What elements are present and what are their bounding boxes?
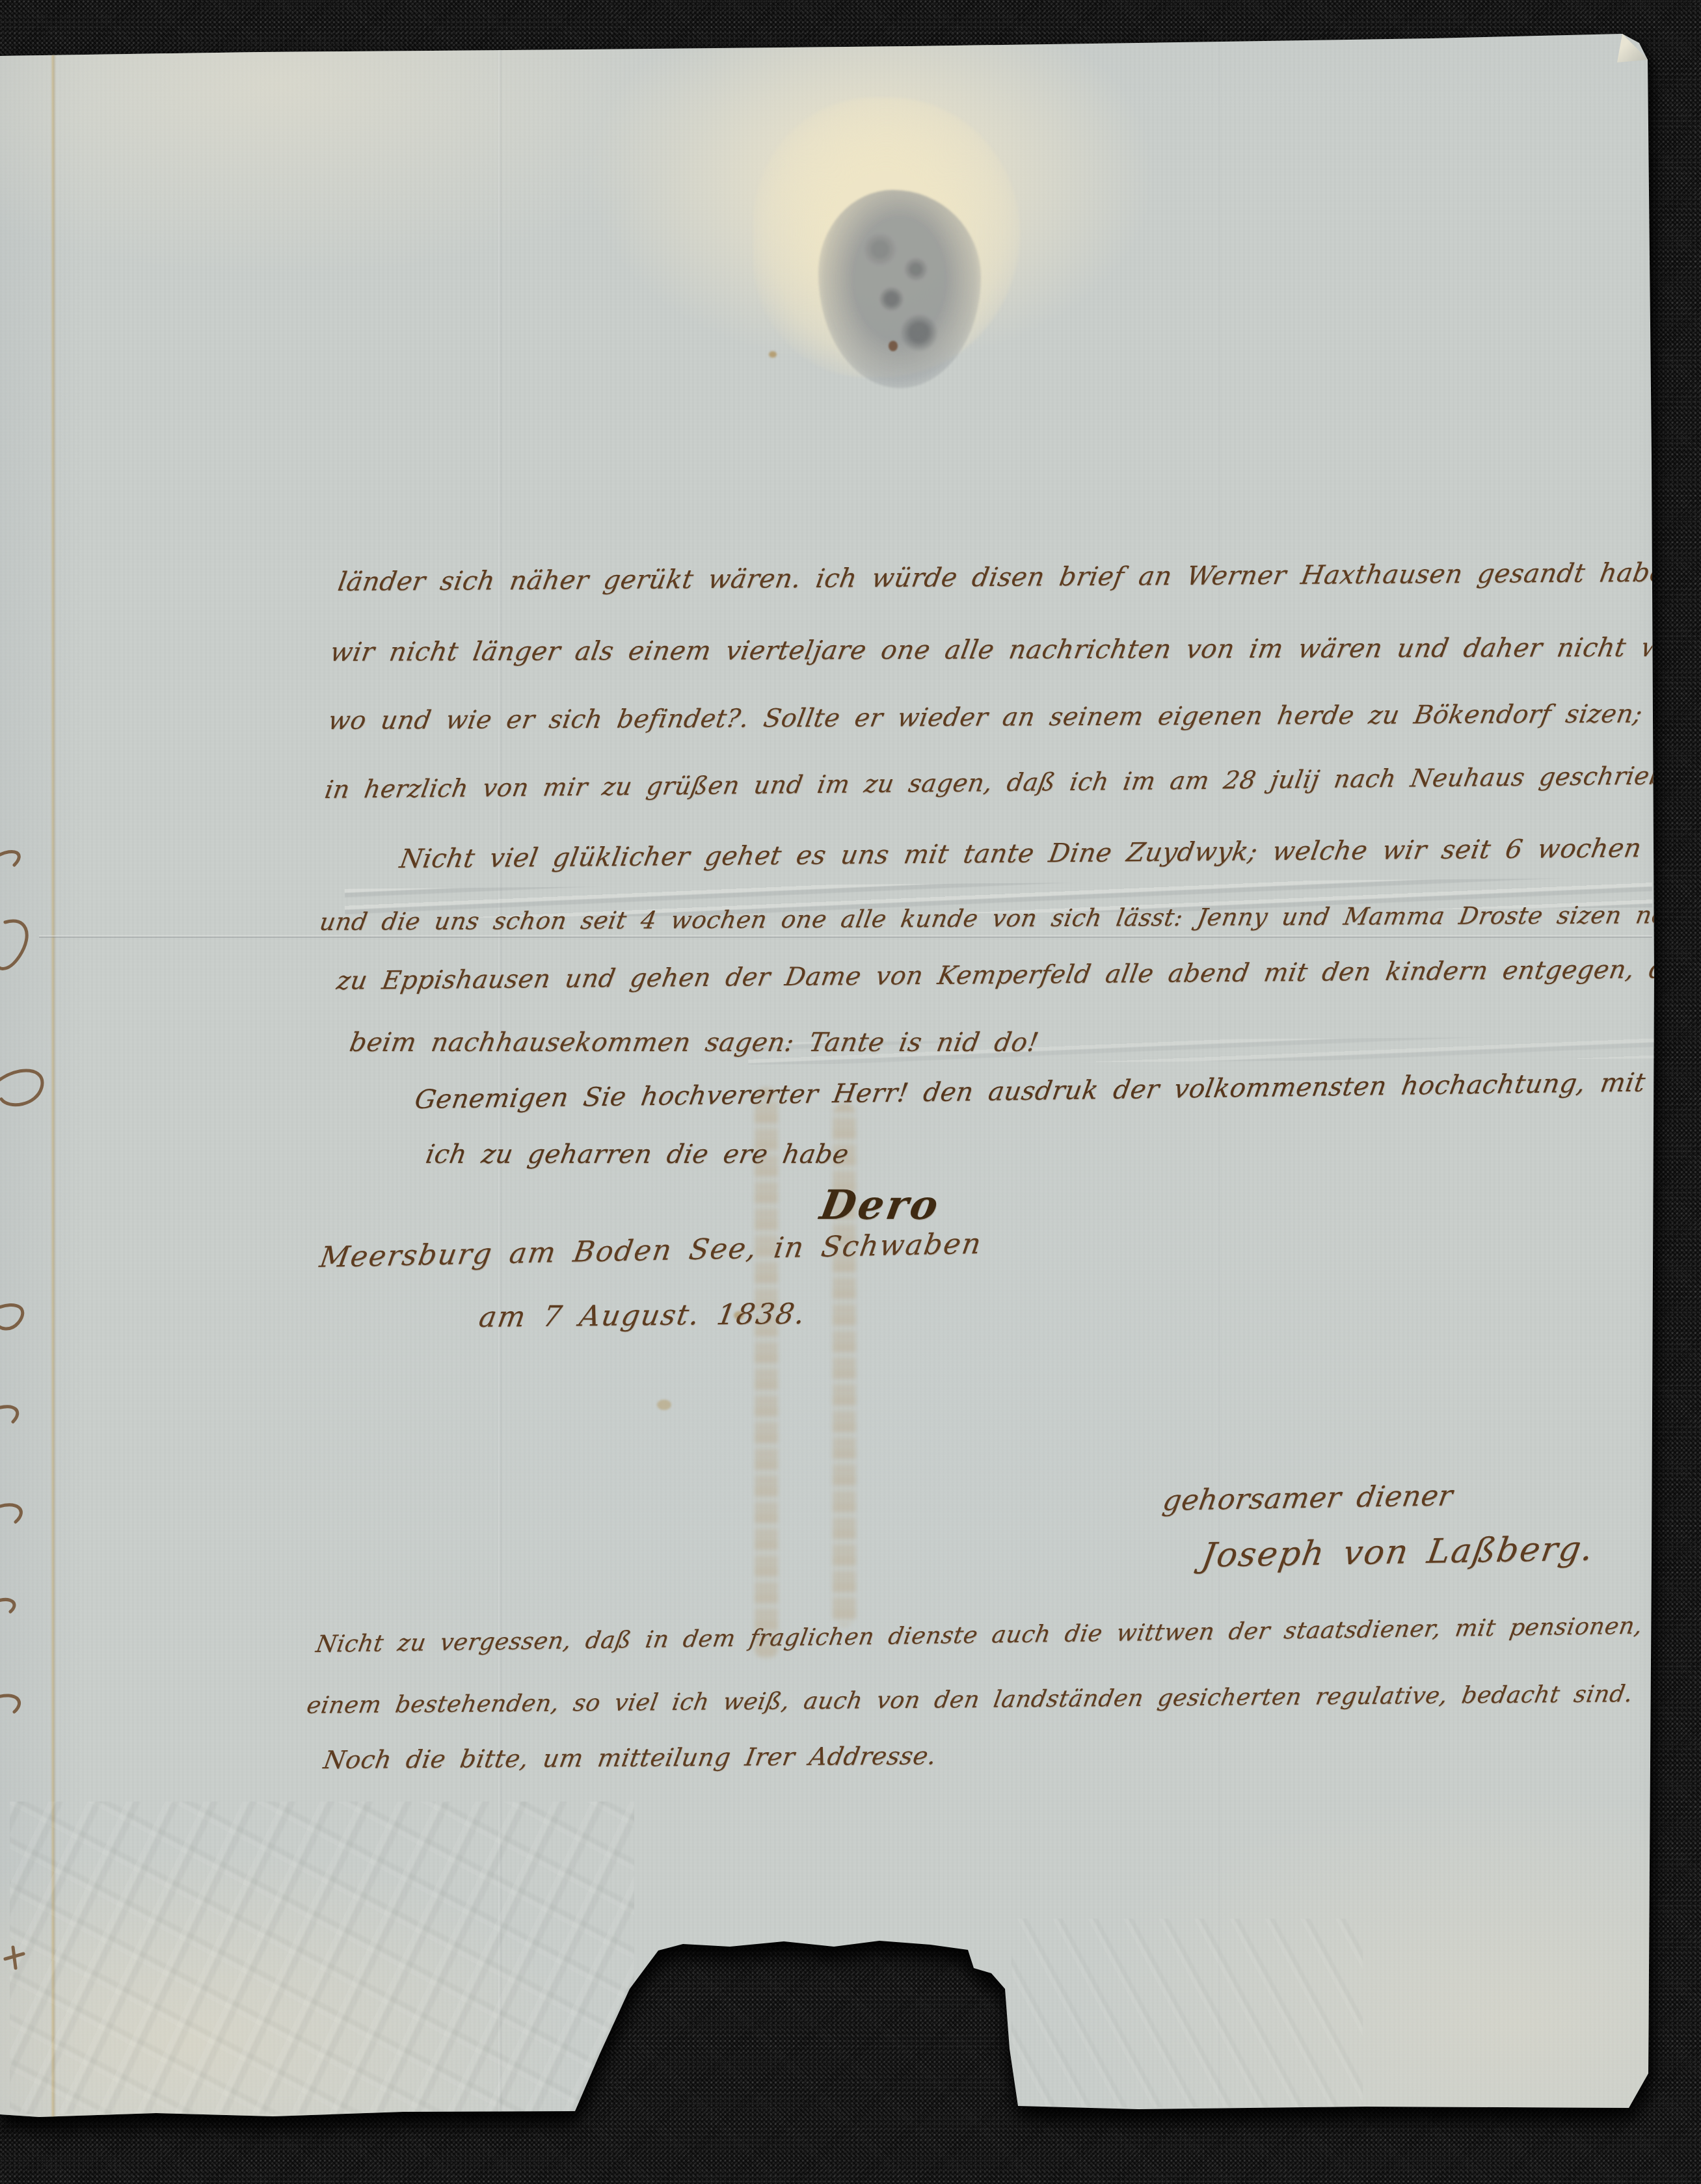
letter-body-line: in herzlich von mir zu grüßen und im zu … [323,760,1701,804]
horizontal-fold-crease [39,935,1652,938]
top-right-dog-ear-fold [1613,30,1654,65]
date-line: am 7 August. 1838. [477,1298,809,1334]
bleed-through-text-column [755,1087,778,1660]
bottom-right-creases [1011,1919,1363,2107]
letter-paper: länder sich näher gerükt wären. ich würd… [0,0,1701,2184]
paper-sheet-wrap: länder sich näher gerükt wären. ich würd… [0,0,1701,2184]
ink-stain [769,351,777,358]
bottom-left-crinkles [10,1802,634,2114]
postscript-line: Nicht zu vergessen, daß in dem fragliche… [314,1612,1701,1658]
honorific-dero: Dero [817,1181,944,1229]
letter-body-line: Nicht viel glüklicher gehet es uns mit t… [397,832,1701,874]
signature-valediction: gehorsamer diener [1160,1479,1455,1517]
letter-body-line: wo und wie er sich befindet?. Sollte er … [326,699,1701,736]
left-edge-ink-fragments [0,0,85,2184]
place-line: Meersburg am Boden See, in Schwaben [317,1227,984,1274]
letter-closing-line: Genemigen Sie hochvererter Herr! den aus… [412,1066,1701,1115]
seal-residue-dot [889,341,898,351]
letter-body-line: beim nachhausekommen sagen: Tante is nid… [347,1028,1041,1058]
letter-body-line: länder sich näher gerükt wären. ich würd… [336,557,1701,597]
letter-body-line: wir nicht länger als einem vierteljare o… [328,632,1701,667]
postscript-line: Noch die bitte, um mitteilung Irer Addre… [321,1741,939,1774]
postscript-line: einem bestehenden, so viel ich weiß, auc… [305,1681,1635,1719]
letter-body-line: zu Eppishausen und gehen der Dame von Ke… [334,953,1701,996]
letter-closing-line: ich zu geharren die ere habe [423,1139,851,1169]
signature-name: Joseph von Laßberg. [1199,1530,1597,1575]
letter-scan-page: länder sich näher gerükt wären. ich würd… [0,0,1701,2184]
ink-stain [657,1400,671,1410]
